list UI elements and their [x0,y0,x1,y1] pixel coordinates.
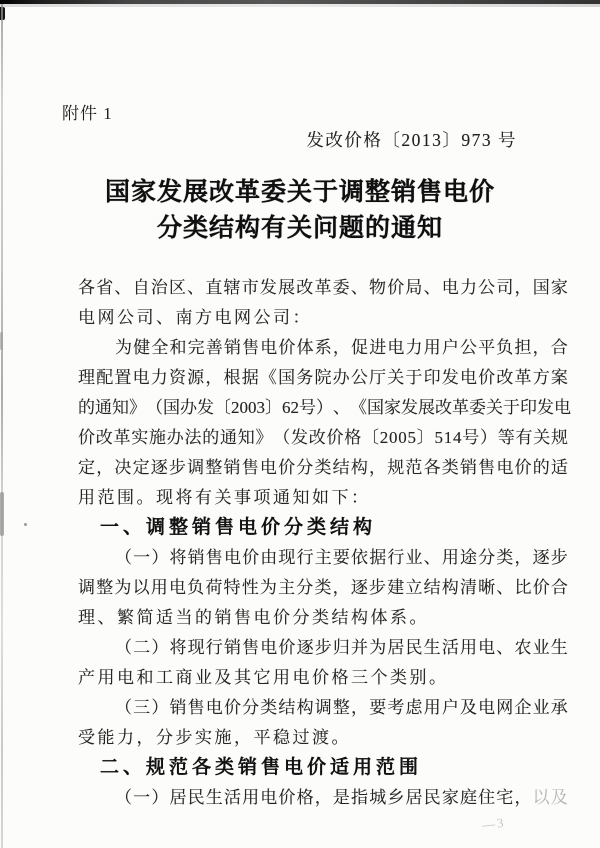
text-line: 受能力，分步实施，平稳过渡。 [78,723,568,753]
text-line: 价改革实施办法的通知》（发改价格〔2005〕514号）等有关规 [78,423,568,453]
text-line: 各省、自治区、直辖市发展改革委、物价局、电力公司，国家 [78,273,568,303]
text-line: （一）居民生活用电价格，是指城乡居民家庭住宅，以及 [78,783,568,813]
text-line: 电网公司、南方电网公司： [78,303,568,333]
text-line: 为健全和完善销售电价体系，促进电力用户公平负担，合 [78,333,568,363]
faded-text: 以 [533,783,550,813]
left-edge-scan-line-artifact [1,4,3,848]
page-number-mark: —3 [481,815,506,833]
faded-text: 及 [551,783,568,813]
top-edge-shadow-artifact [0,4,600,7]
document-title: 国家发展改革委关于调整销售电价 分类结构有关问题的通知 [0,174,600,246]
text-line: 产用电和工商业及其它用电价格三个类别。 [78,663,568,693]
title-line-2: 分类结构有关问题的通知 [0,210,600,246]
section-heading: 二、规范各类销售电价适用范围 [78,753,568,783]
section-heading: 一、调整销售电价分类结构 [78,513,568,543]
attachment-label: 附件 1 [62,99,113,124]
ink-speck [24,523,27,526]
text-line: 调整为以用电负荷特性为主分类，逐步建立结构清晰、比价合 [78,573,568,603]
document-number: 发改价格〔2013〕973 号 [306,127,517,152]
text-line: （三）销售电价分类结构调整，要考虑用户及电网企业承 [78,693,568,723]
scanned-document-page: 附件 1 发改价格〔2013〕973 号 国家发展改革委关于调整销售电价 分类结… [0,0,600,848]
text-line: 的通知》（国办发〔2003〕62号）、《国家发展改革委关于印发电 [78,393,568,423]
left-smudge-artifact [0,492,4,536]
left-smudge-artifact [0,332,3,350]
text-line: 用范围。现将有关事项通知如下： [78,483,568,513]
text-line: 理配置电力资源，根据《国务院办公厅关于印发电价改革方案 [78,363,568,393]
text-line: （一）将销售电价由现行主要依据行业、用途分类，逐步 [78,543,568,573]
title-line-1: 国家发展改革委关于调整销售电价 [0,174,600,210]
body-text: 各省、自治区、直辖市发展改革委、物价局、电力公司，国家电网公司、南方电网公司：为… [78,273,568,813]
text-line: 定，决定逐步调整销售电价分类结构，规范各类销售电价的适 [78,453,568,483]
text-line: （二）将现行销售电价逐步归并为居民生活用电、农业生 [78,633,568,663]
text-line: 理、繁简适当的销售电价分类结构体系。 [78,603,568,633]
